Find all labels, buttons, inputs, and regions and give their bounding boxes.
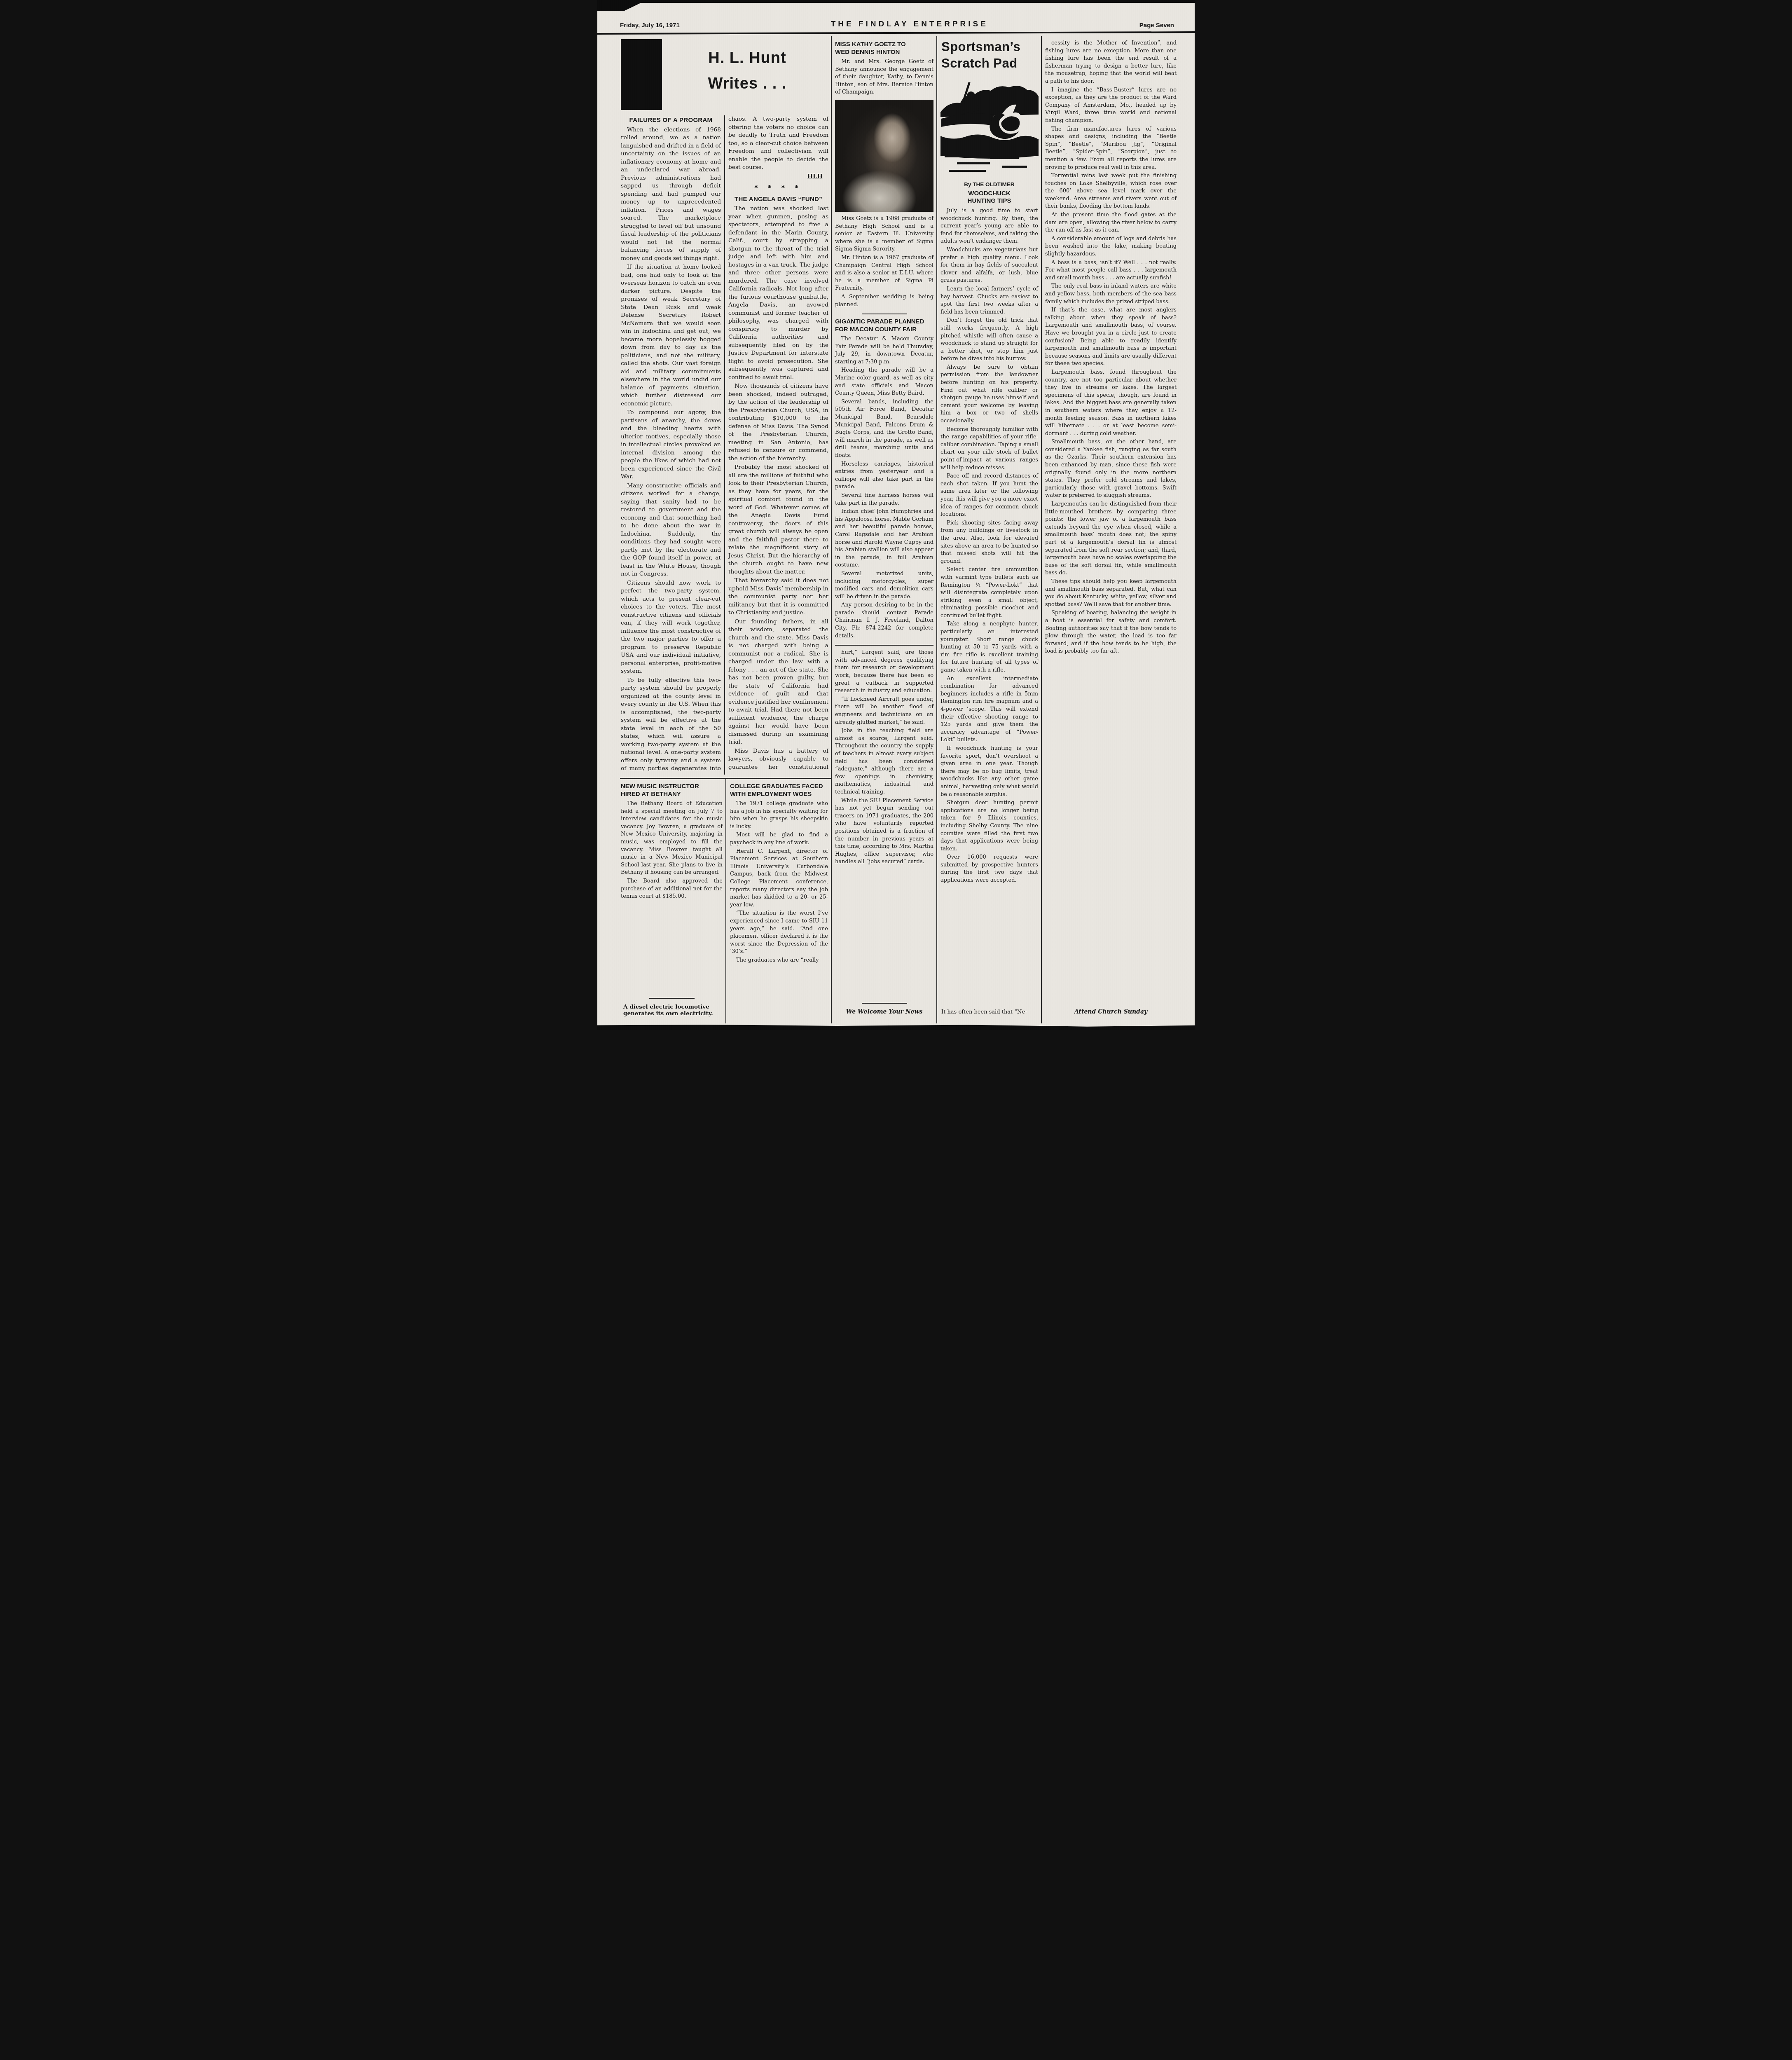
paragraph: Torrential rains last week put the finis… [1045,172,1177,211]
paragraph: The graduates who are “really [730,957,828,964]
paragraph: Become thoroughly familiar with the rang… [940,426,1038,472]
parade-heading: GIGANTIC PARADE PLANNED FOR MACON COUNTY… [835,318,933,333]
paragraph: Herall C. Largent, director of Placement… [730,848,828,909]
paragraph: July is a good time to start woodchuck h… [940,207,1038,246]
hlh-headline-line1: H. L. Hunt [666,45,828,71]
masthead-page-number: Page Seven [1139,22,1174,29]
filler-block: A diesel electric locomotive generates i… [621,994,723,1021]
hlh-angela-paragraphs: The nation was shocked last year when gu… [728,115,828,775]
goetz-heading: MISS KATHY GOETZ TO WED DENNIS HINTON [835,40,933,56]
oldtimer-continuation-text: cessity is the Mother of Invention”, and… [1045,40,1177,656]
paragraph: Largemouths can be distinguished from th… [1045,501,1177,577]
woodchuck-tips-text: July is a good time to start woodchuck h… [940,207,1038,885]
attend-church-caption: Attend Church Sunday [1045,1007,1177,1021]
paragraph: Horseless carriages, historical entries … [835,461,933,491]
sportsman-headline: Sportsman’s Scratch Pad [940,36,1038,73]
paragraph: Heading the parade will be a Marine colo… [835,367,933,397]
hlh-headline-line2: Writes . . . [666,71,828,96]
lower-left-stories: NEW MUSIC INSTRUCTOR HIRED AT BETHANY Th… [620,778,831,1023]
paragraph: Select center fire ammunition with varmi… [940,566,1038,620]
new-music-heading: NEW MUSIC INSTRUCTOR HIRED AT BETHANY [621,782,723,798]
masthead: Friday, July 16, 1971 THE FINDLAY ENTERP… [620,10,1174,29]
paragraph: Jobs in the teaching field are almost as… [835,727,933,796]
paragraph: cessity is the Mother of Invention”, and… [1045,40,1177,86]
paragraph: Our founding fathers, in all their wisdo… [728,618,828,747]
paragraph: A bass is a bass, isn’t it? Well . . . n… [1045,259,1177,282]
column-3: MISS KATHY GOETZ TO WED DENNIS HINTON Mr… [831,36,936,1023]
paragraph: The only real bass in inland waters are … [1045,283,1177,306]
paragraph: Woodchucks are vegetarians but prefer a … [940,246,1038,285]
sportsman-headline-line2: Scratch Pad [941,55,1038,72]
paragraph: The Bethany Board of Education held a sp… [621,800,723,877]
story-divider-rule [862,314,907,314]
paragraph: Pick shooting sites facing away from any… [940,520,1038,566]
paragraph: Citizens should now work to perfect the … [621,579,721,676]
new-music-story: NEW MUSIC INSTRUCTOR HIRED AT BETHANY Th… [620,779,725,1023]
paragraph: While the SIU Placement Service has not … [835,797,933,866]
section-heading-angela-davis: THE ANGELA DAVIS “FUND” [728,195,828,204]
paragraph: Miss Goetz is a 1968 graduate of Bethany… [835,215,933,253]
paragraph: Smallmouth bass, on the other hand, are … [1045,438,1177,500]
hlh-photo-block [621,39,662,110]
college-graduates-story: COLLEGE GRADUATES FACED WITH EMPLOYMENT … [725,779,831,1023]
paragraph: “If Lockheed Aircraft goes under, there … [835,696,933,726]
college-grads-heading: COLLEGE GRADUATES FACED WITH EMPLOYMENT … [730,782,828,798]
sportsman-headline-line1: Sportsman’s [941,39,1038,55]
paragraph: Mr. and Mrs. George Goetz of Bethany ann… [835,58,933,96]
largent-continuation-text: hurt,” Largent said, are those with adva… [835,649,933,867]
kathy-goetz-photo [835,100,933,212]
column-4: Sportsman’s Scratch Pad [936,36,1041,1023]
paragraph: If woodchuck hunting is your favorite sp… [940,745,1038,798]
paragraph: Speaking of boating, balancing the weigh… [1045,609,1177,655]
college-grads-text: The 1971 college graduate who has a job … [730,800,828,965]
hlh-article-text: FAILURES OF A PROGRAM When the elections… [621,115,828,775]
scan-top-edge [597,0,1195,3]
paragraph: A September wedding is being planned. [835,293,933,309]
paragraph: Any person desiring to be in the parade … [835,602,933,640]
paragraph: To compound our agony, the partisans of … [621,409,721,481]
woodchuck-tips-heading: WOODCHUCK HUNTING TIPS [940,190,1038,205]
masthead-rule [597,31,1195,35]
paragraph: Take along a neophyte hunter, particular… [940,620,1038,674]
paragraph: Over 16,000 requests were submitted by p… [940,854,1038,884]
paragraph: If the situation at home looked bad, one… [621,263,721,408]
parade-heading-line2: FOR MACON COUNTY FAIR [835,326,917,333]
paragraph: At the present time the flood gates at t… [1045,211,1177,234]
goetz-text: Miss Goetz is a 1968 graduate of Bethany… [835,215,933,309]
paragraph: I imagine the “Bass-Buster” lures are no… [1045,87,1177,125]
scan-corner-artifact [597,0,647,11]
filler-rule [649,998,695,999]
paragraph: That hierarchy said it does not uphold M… [728,577,828,617]
college-grads-heading-line2: WITH EMPLOYMENT WOES [730,791,812,798]
paragraph: Several bands, including the 505th Air F… [835,398,933,460]
paragraph: The Decatur & Macon County Fair Parade w… [835,335,933,366]
college-grads-heading-line1: COLLEGE GRADUATES FACED [730,783,823,790]
masthead-date: Friday, July 16, 1971 [620,22,680,29]
paragraph: Pace off and record distances of each sh… [940,473,1038,519]
paragraph: Now thousands of citizens have been shoc… [728,382,828,463]
paragraph: Several motorized units, including motor… [835,570,933,601]
paragraph: Many constructive officials and citizens… [621,482,721,578]
section-separator: ✱ ✱ ✱ ✱ [728,183,828,191]
tips-heading-line1: WOODCHUCK [968,190,1011,197]
fisherman-illustration [940,74,1038,179]
paragraph: Several fine harness horses will take pa… [835,492,933,507]
hlh-feature-header: H. L. Hunt Writes . . . [621,38,828,111]
paragraph: Mr. Hinton is a 1967 graduate of Champai… [835,254,933,293]
left-two-columns: H. L. Hunt Writes . . . FAILURES OF A PR… [620,36,831,1023]
tips-heading-line2: HUNTING TIPS [968,197,1011,204]
paragraph: Most will be glad to find a paycheck in … [730,831,828,847]
parade-heading-line1: GIGANTIC PARADE PLANNED [835,318,924,325]
paragraph: Largemouth bass, found throughout the co… [1045,369,1177,438]
paragraph: The firm manufactures lures of various s… [1045,126,1177,172]
page-content: H. L. Hunt Writes . . . FAILURES OF A PR… [620,36,1178,1023]
paragraph: These tips should help you keep largemou… [1045,578,1177,609]
paragraph: The nation was shocked last year when gu… [728,205,828,382]
hlh-signoff-1: HLH [728,173,828,181]
paragraph: An excellent intermediate combination fo… [940,675,1038,744]
paragraph: The Board also approved the purchase of … [621,878,723,901]
column-5: cessity is the Mother of Invention”, and… [1041,36,1178,1023]
paragraph: Don’t forget the old trick that still wo… [940,317,1038,363]
goetz-intro: Mr. and Mrs. George Goetz of Bethany ann… [835,58,933,97]
paragraph: Probably the most shocked of all are the… [728,463,828,576]
hlh-headline: H. L. Hunt Writes . . . [666,38,828,111]
new-music-text: The Bethany Board of Education held a sp… [621,800,723,901]
paragraph: Always be sure to obtain permission from… [940,364,1038,425]
paragraph: The 1971 college graduate who has a job … [730,800,828,831]
new-music-heading-line1: NEW MUSIC INSTRUCTOR [621,783,699,790]
section-heading-failures: FAILURES OF A PROGRAM [621,116,721,124]
we-welcome-your-news-caption: We Welcome Your News [835,1007,933,1021]
paragraph: Indian chief John Humphries and his Appa… [835,508,933,569]
new-music-heading-line2: HIRED AT BETHANY [621,791,681,798]
masthead-title: THE FINDLAY ENTERPRISE [831,20,988,29]
oldtimer-byline: By THE OLDTIMER [940,181,1038,187]
paragraph: If that’s the case, what are most angler… [1045,307,1177,368]
paragraph: A considerable amount of logs and debris… [1045,235,1177,258]
scan-bottom-edge [597,1023,1195,1030]
goetz-heading-line2: WED DENNIS HINTON [835,49,900,56]
hlh-feature: H. L. Hunt Writes . . . FAILURES OF A PR… [620,36,831,775]
newspaper-page: Friday, July 16, 1971 THE FINDLAY ENTERP… [597,0,1195,1030]
parade-text: The Decatur & Macon County Fair Parade w… [835,335,933,641]
paragraph: When the elections of 1968 rolled around… [621,126,721,263]
necessity-lead-in-line: It has often been said that “Ne- [940,1007,1038,1021]
continuation-rule [835,645,933,646]
paragraph: Shotgun deer hunting permit applications… [940,799,1038,853]
column3-footer: We Welcome Your News [835,999,933,1021]
goetz-heading-line1: MISS KATHY GOETZ TO [835,41,906,48]
paragraph: Learn the local farmers’ cycle of hay ha… [940,286,1038,316]
paragraph: hurt,” Largent said, are those with adva… [835,649,933,695]
paragraph: “The situation is the worst I’ve experie… [730,910,828,956]
footer-rule [862,1003,907,1004]
diesel-filler-caption: A diesel electric locomotive generates i… [621,1002,723,1021]
